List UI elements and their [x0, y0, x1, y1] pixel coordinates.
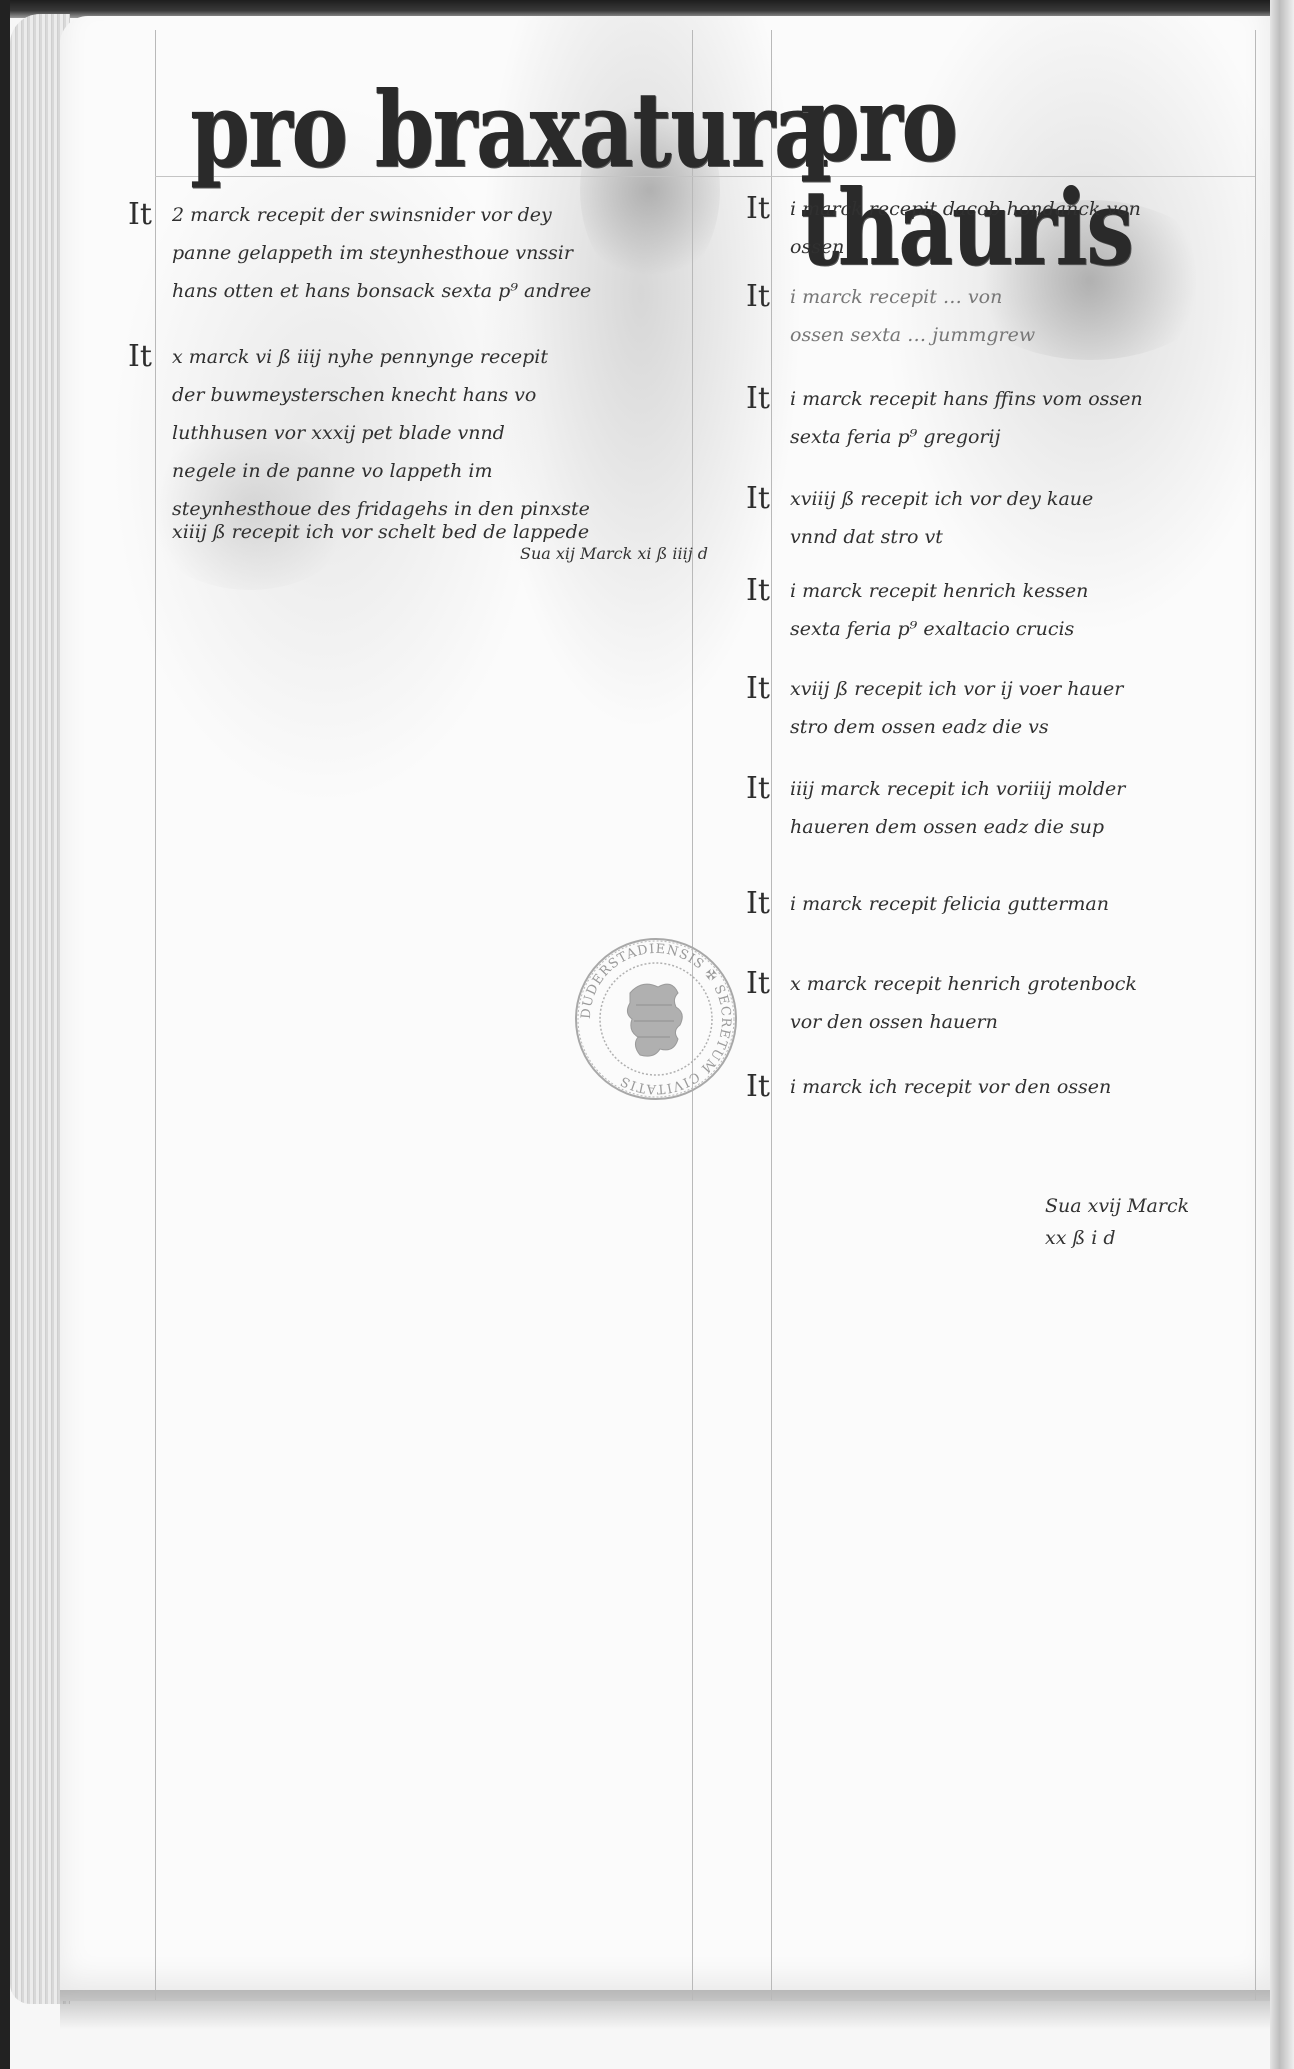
entry-line: hans otten et hans bonsack sexta p⁹ andr…: [172, 272, 591, 310]
ledger-entry: It i marck ich recepit vor den ossen: [790, 1068, 1111, 1106]
entry-line: i marck recepit … von: [790, 278, 1035, 316]
sum-line: Sua xvij Marck: [1045, 1190, 1189, 1222]
item-mark: It: [746, 190, 770, 228]
item-mark: It: [746, 1068, 770, 1106]
entry-line: i marck recepit hans ffins vom ossen: [790, 380, 1143, 418]
entry-line: i marck recepit felicia gutterman: [790, 885, 1109, 923]
ledger-entry: It i marck recepit hans ffins vom ossen …: [790, 380, 1143, 456]
entry-line: x marck recepit henrich grotenbock: [790, 965, 1137, 1003]
entry-line: i marck recepit henrich kessen: [790, 572, 1088, 610]
manuscript-scan: pro braxatura It 2 marck recepit der swi…: [0, 0, 1294, 2069]
left-margin-rule: [155, 30, 156, 2000]
ledger-entry: It 2 marck recepit der swinsnider vor de…: [172, 196, 591, 310]
item-mark: It: [746, 380, 770, 418]
entry-line: haueren dem ossen eadz die sup: [790, 808, 1125, 846]
book-left-edge: [0, 0, 10, 2069]
entry-line: ossen sexta … jummgrew: [790, 316, 1035, 354]
city-seal-stamp: DUDERSTADIENSIS ✠ SECRETUM CIVITATIS: [572, 935, 740, 1103]
entry-line: luthhusen vor xxxij pet blade vnnd: [172, 414, 590, 452]
item-mark: It: [746, 278, 770, 316]
item-mark: It: [128, 196, 152, 234]
entry-line: 2 marck recepit der swinsnider vor dey: [172, 196, 591, 234]
item-mark: It: [746, 885, 770, 923]
item-mark: It: [746, 670, 770, 708]
binding-gutter: [1270, 0, 1294, 2069]
entry-line: xviij ß recepit ich vor ij voer hauer: [790, 670, 1123, 708]
entry-line: vor den ossen hauern: [790, 1003, 1137, 1041]
ledger-entry-faded: It i marck recepit … von ossen sexta … j…: [790, 278, 1035, 354]
item-mark: It: [746, 480, 770, 518]
column-heading-braxatura: pro braxatura: [190, 78, 827, 182]
seal-lion-icon: DUDERSTADIENSIS ✠ SECRETUM CIVITATIS: [572, 935, 740, 1103]
ledger-entry: It i marck recepit dacob hondanck von os…: [790, 190, 1141, 266]
entry-line: der buwmeysterschen knecht hans vo: [172, 376, 590, 414]
entry-line: negele in de panne vo lappeth im: [172, 452, 590, 490]
sum-line: xx ß i d: [1045, 1222, 1189, 1254]
ledger-entry: It i marck recepit felicia gutterman: [790, 885, 1109, 923]
column-sum: Sua xij Marck xi ß iiij d: [520, 538, 708, 570]
item-mark: It: [746, 965, 770, 1003]
ledger-entry: It xviiij ß recepit ich vor dey kaue vnn…: [790, 480, 1093, 556]
right-margin-rule: [1255, 30, 1256, 2000]
column-divider-right: [771, 30, 772, 2000]
item-mark: It: [128, 338, 152, 376]
entry-line: xviiij ß recepit ich vor dey kaue: [790, 480, 1093, 518]
ledger-entry: It i marck recepit henrich kessen sexta …: [790, 572, 1088, 648]
entry-line: vnnd dat stro vt: [790, 518, 1093, 556]
entry-line: panne gelappeth im steynhesthoue vnssir: [172, 234, 591, 272]
entry-line: sexta feria p⁹ gregorij: [790, 418, 1143, 456]
column-sum: Sua xvij Marck xx ß i d: [1045, 1190, 1189, 1254]
entry-line: ossen: [790, 228, 1141, 266]
item-mark: It: [746, 770, 770, 808]
entry-line: stro dem ossen eadz die vs: [790, 708, 1123, 746]
entry-line: i marck recepit dacob hondanck von: [790, 190, 1141, 228]
page-bottom-shadow: [60, 1990, 1280, 2030]
item-mark: It: [746, 572, 770, 610]
entry-line: sexta feria p⁹ exaltacio crucis: [790, 610, 1088, 648]
ledger-entry: It x marck vi ß iiij nyhe pennynge recep…: [172, 338, 590, 528]
ledger-entry: It iiij marck recepit ich voriiij molder…: [790, 770, 1125, 846]
entry-line: iiij marck recepit ich voriiij molder: [790, 770, 1125, 808]
ledger-entry: It xviij ß recepit ich vor ij voer hauer…: [790, 670, 1123, 746]
entry-line: i marck ich recepit vor den ossen: [790, 1068, 1111, 1106]
ledger-entry: It x marck recepit henrich grotenbock vo…: [790, 965, 1137, 1041]
entry-line: x marck vi ß iiij nyhe pennynge recepit: [172, 338, 590, 376]
